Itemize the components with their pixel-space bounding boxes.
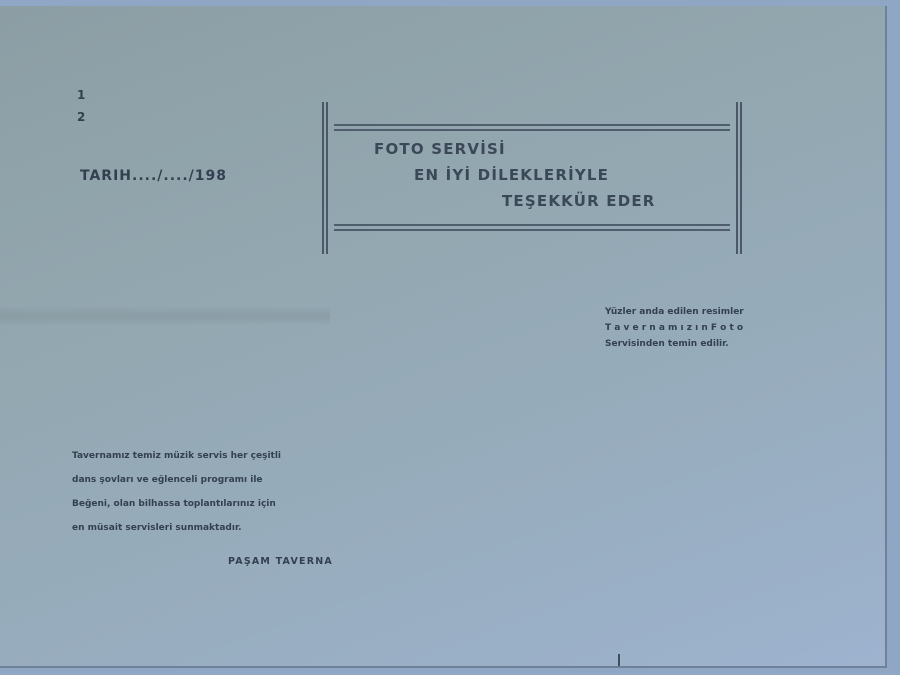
side-numbers: 1 2 [77,84,87,128]
note-line: Servisinden temin edilir. [605,336,744,352]
greeting-frame: FOTO SERVİSİ EN İYİ DİLEKLERİYLE TEŞEKKÜ… [322,102,742,254]
signature: PAŞAM TAVERNA [228,556,333,567]
paragraph-line: dans şovları ve eğlenceli programı ile [72,468,281,492]
frame-line-1: FOTO SERVİSİ [374,140,506,158]
frame-line-3: TEŞEKKÜR EDER [502,192,656,210]
side-number-2: 2 [77,106,87,128]
frame-bottom-rule-inner [334,229,730,231]
frame-left-rule [322,102,324,254]
frame-right-rule [740,102,742,254]
note-line: Yüzler anda edilen resimler [605,304,744,320]
side-number-1: 1 [77,84,87,106]
paragraph-line: en müsait servisleri sunmaktadır. [72,516,281,540]
tavern-paragraph: Tavernamız temiz müzik servis her çeşitl… [72,444,281,540]
frame-right-rule-inner [736,102,738,254]
envelope-card: 1 2 TARIH..../..../198 FOTO SERVİSİ EN İ… [0,6,887,668]
date-line: TARIH..../..../198 [80,168,227,184]
paper-crease [0,306,330,326]
note-line: T a v e r n a m ı z ı n F o t o [605,320,744,336]
frame-top-rule [334,124,730,126]
frame-left-rule-inner [326,102,328,254]
paragraph-line: Tavernamız temiz müzik servis her çeşitl… [72,444,281,468]
frame-bottom-rule [334,224,730,226]
photo-note: Yüzler anda edilen resimler T a v e r n … [605,304,744,352]
frame-top-rule-inner [334,129,730,131]
ink-mark [618,654,620,666]
frame-line-2: EN İYİ DİLEKLERİYLE [414,166,609,184]
paragraph-line: Beğeni, olan bilhassa toplantılarınız iç… [72,492,281,516]
